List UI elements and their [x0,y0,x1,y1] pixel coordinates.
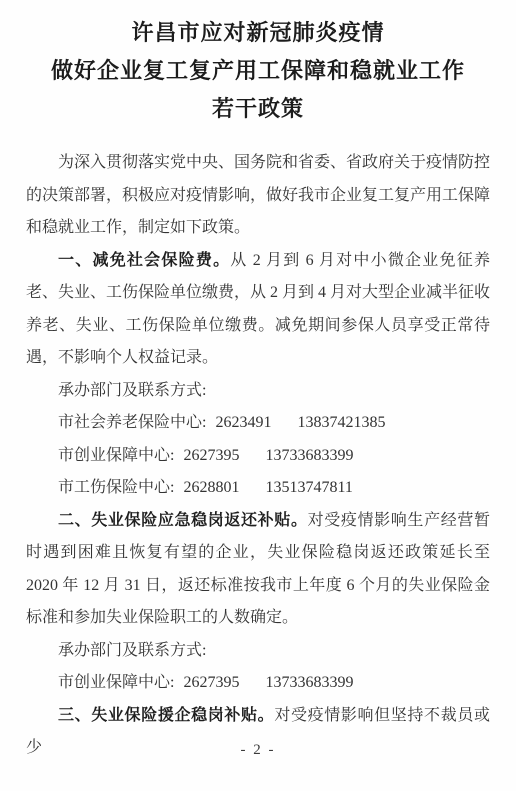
document-body: 为深入贯彻落实党中央、国务院和省委、省政府关于疫情防控的决策部署，积极应对疫情影… [26,147,490,765]
section-1-heading: 一、减免社会保险费。 [58,252,230,269]
contact-mobile: 13837421385 [297,414,385,431]
contact-mobile: 13513747811 [265,479,352,496]
contact-label: 市社会养老保险中心: [58,414,206,431]
contact-mobile: 13733683399 [265,447,353,464]
contact-row: 市社会养老保险中心:262349113837421385 [26,407,490,440]
contact-phone: 2627395 [183,447,239,464]
page-number: - 2 - [0,742,516,759]
section-1-paragraph: 一、减免社会保险费。从 2 月到 6 月对中小微企业免征养老、失业、工伤保险单位… [26,245,490,375]
contact-phone: 2623491 [215,414,271,431]
contact-label: 市创业保障中心: [58,447,174,464]
section-2-contact-heading: 承办部门及联系方式: [26,635,490,668]
section-2-heading: 二、失业保险应急稳岗返还补贴。 [58,512,308,529]
contact-mobile: 13733683399 [265,674,353,691]
contact-phone: 2628801 [183,479,239,496]
contact-row: 市工伤保险中心:262880113513747811 [26,472,490,505]
section-3-heading: 三、失业保险援企稳岗补贴。 [58,707,274,724]
document-title: 许昌市应对新冠肺炎疫情 做好企业复工复产用工保障和稳就业工作 若干政策 [0,0,516,128]
contact-phone: 2627395 [183,674,239,691]
contact-label: 市创业保障中心: [58,674,174,691]
title-line-2: 做好企业复工复产用工保障和稳就业工作 [0,52,516,90]
section-2-paragraph: 二、失业保险应急稳岗返还补贴。对受疫情影响生产经营暂时遇到困难且恢复有望的企业，… [26,505,490,635]
intro-paragraph: 为深入贯彻落实党中央、国务院和省委、省政府关于疫情防控的决策部署，积极应对疫情影… [26,147,490,245]
contact-row: 市创业保障中心:262739513733683399 [26,667,490,700]
title-line-3: 若干政策 [0,90,516,128]
document-page: 许昌市应对新冠肺炎疫情 做好企业复工复产用工保障和稳就业工作 若干政策 为深入贯… [0,0,516,791]
contact-row: 市创业保障中心:262739513733683399 [26,440,490,473]
section-1-contact-heading: 承办部门及联系方式: [26,375,490,408]
contact-label: 市工伤保险中心: [58,479,174,496]
title-line-1: 许昌市应对新冠肺炎疫情 [0,14,516,52]
